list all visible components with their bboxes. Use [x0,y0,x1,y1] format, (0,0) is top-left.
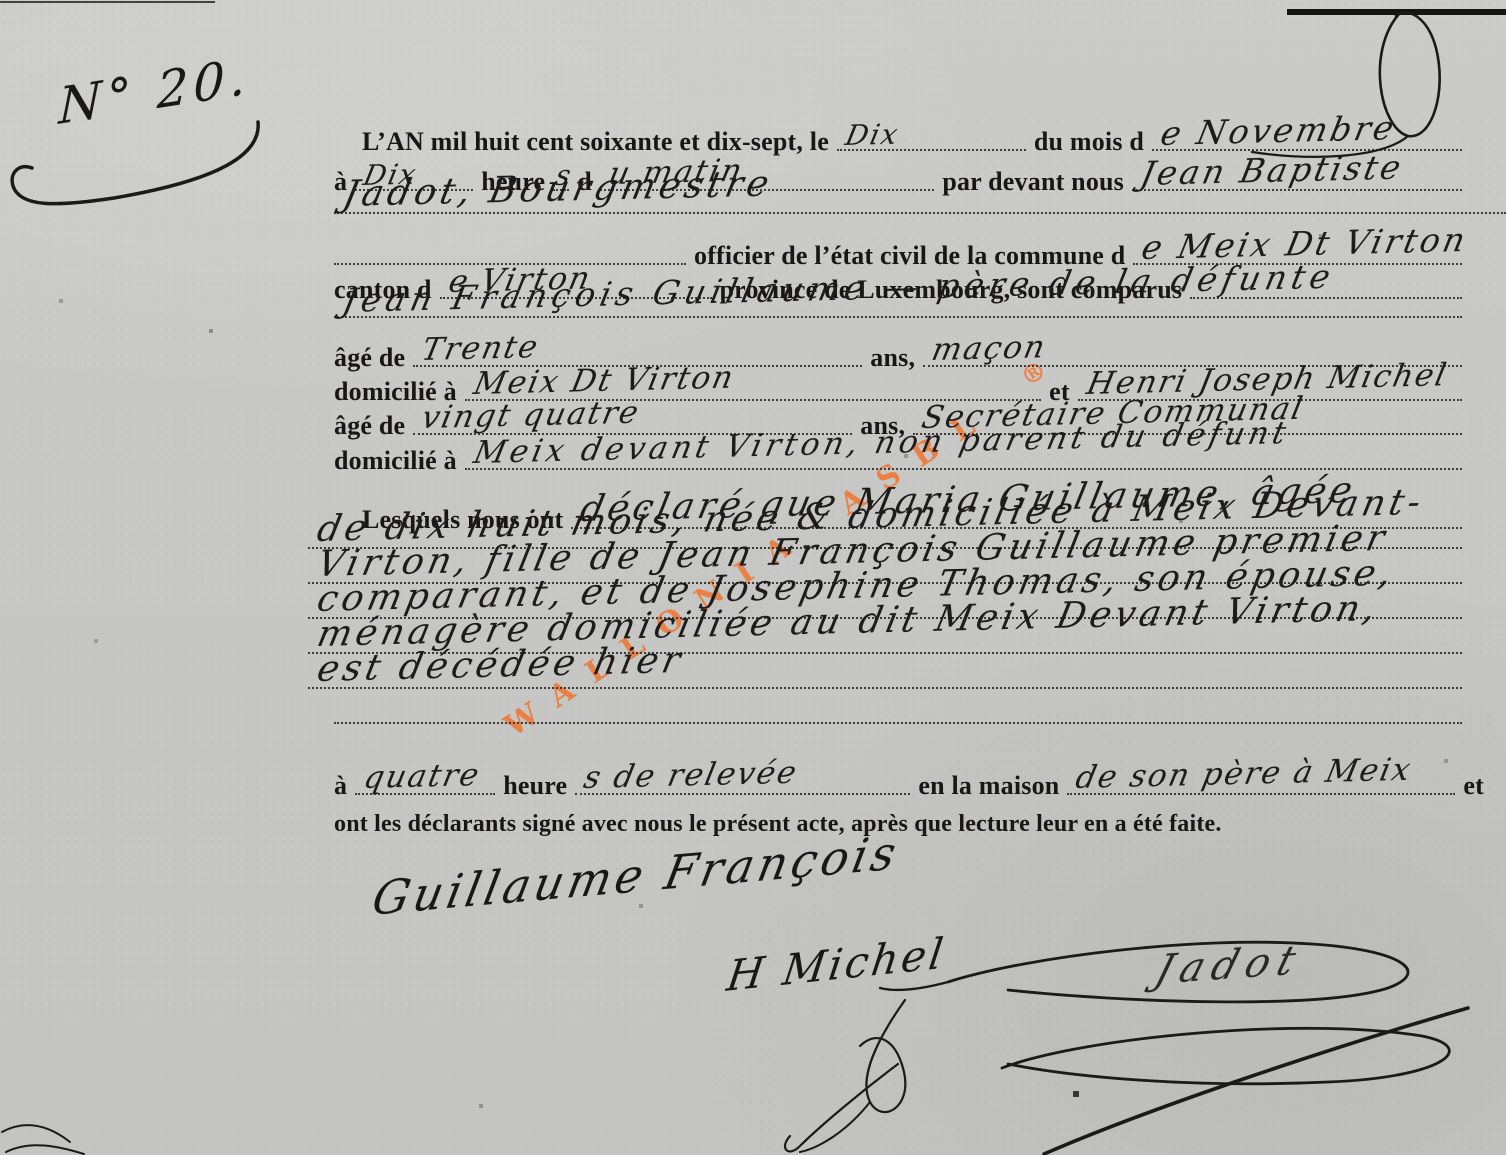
bottom-left-fragment2 [6,1145,84,1154]
form-line-17 [334,716,1462,724]
bottom-diagonal-stroke [1044,1008,1468,1154]
act-number-flourish [12,122,258,204]
michel-paraph-loop2 [785,1064,898,1151]
printed-age2: âgé de [334,412,405,439]
act-number: N° 20. [58,47,251,136]
signature-officer: Jadot [1150,937,1309,994]
handwritten-age2: vingt quatre [419,398,643,434]
scan-edge-line-left [0,1,215,3]
printed-month-phrase: du mois d [1034,128,1144,155]
form-line-6: Jean François Guillaume — père de la déf… [334,310,1462,318]
printed-par-devant-nous: par devant nous [942,168,1124,195]
bottom-left-fragment1 [2,1125,70,1142]
handwritten-death-place: de son père à Meix [1073,755,1415,794]
form-line-19: ont les déclarants signé avec nous le pr… [334,812,1494,833]
scanned-death-record-page: N° 20. WALLONIA ASBL ® L’AN mil huit cen… [0,0,1506,1155]
blank-empty-line [334,716,1462,724]
handwritten-age1: Trente [419,332,542,366]
form-line-18: à quatre heure s de relevée en la maison… [334,772,1484,795]
handwritten-officer-firstname: Jean Baptiste [1138,151,1407,191]
printed-et2: et [1463,772,1484,799]
blank-day: Dix [837,143,1026,151]
handwritten-profession1: maçon [929,332,1049,366]
printed-age: âgé de [334,344,405,371]
signature-declarant2: H Michel [724,928,949,1001]
officer-signature-flourish-bottom [1002,1028,1449,1083]
printed-a-hour: à [334,772,347,799]
handwritten-month: e Novembre [1158,111,1399,150]
blank-death-place: de son père à Meix [1067,787,1455,795]
paper-specks [0,0,2,2]
form-line-10: domicilié à Meix devant Virton, non pare… [334,447,1462,470]
printed-domicile2: domicilié à [334,447,457,474]
blank-officer-firstname: Jean Baptiste [1132,183,1462,191]
printed-heures-de: heure [503,772,567,799]
blank-domicile2: Meix devant Virton, non parent du défunt [465,462,1462,470]
handwritten-releve: s de relevée [581,758,801,794]
form-line-16: est décédée hier [308,681,1462,689]
blank-declaration-6: est décédée hier [308,681,1462,689]
handwritten-declaration-6: est décédée hier [314,643,687,688]
printed-en-la-maison: en la maison [918,772,1059,799]
form-line-1: L’AN mil huit cent soixante et dix-sept,… [362,128,1462,151]
handwritten-officer-name: Jadot, Bourgmestre [340,166,776,213]
printed-ans: ans, [870,344,915,371]
form-line-3: Jadot, Bourgmestre [334,206,1506,214]
blank-death-hour: quatre [355,787,495,795]
printed-year-phrase: L’AN mil huit cent soixante et dix-sept,… [362,128,829,155]
michel-paraph-tail [800,1102,870,1152]
blank-declarant1: Jean François Guillaume — père de la déf… [334,310,1462,318]
michel-paraph-loop1 [860,1000,905,1112]
scan-edge-line-right [1287,9,1506,15]
signature-declarant1: Guillaume François [368,825,904,926]
blank-officer-name: Jadot, Bourgmestre [334,206,1506,214]
handwritten-death-hour: quatre [361,760,483,794]
handwritten-day: Dix [843,121,902,150]
blank-releve: s de relevée [575,787,910,795]
printed-closing-sentence: ont les déclarants signé avec nous le pr… [334,812,1222,837]
